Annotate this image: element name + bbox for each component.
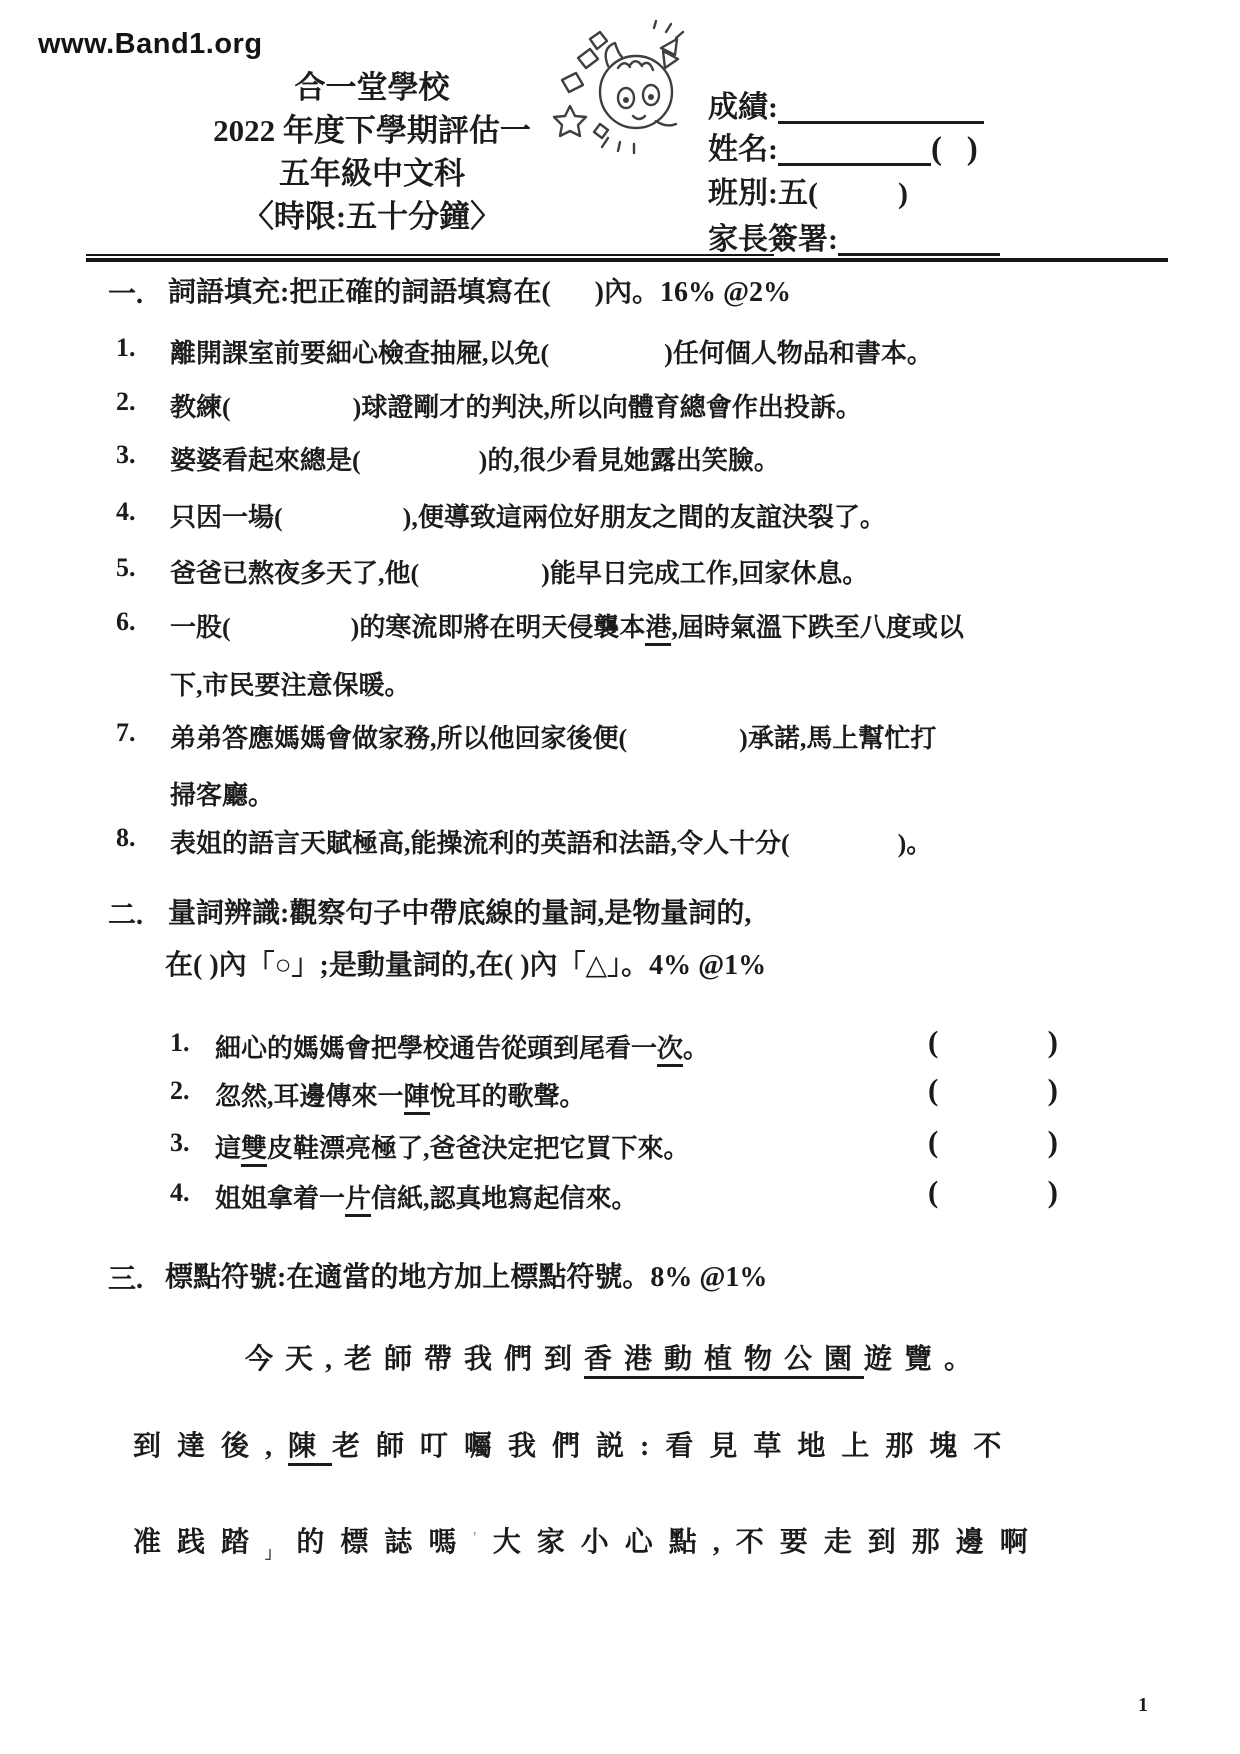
answer-paren-close: ) xyxy=(1048,1124,1058,1160)
parent-signature-blank-line xyxy=(838,223,1000,256)
section1-title: 詞語填充:把正確的詞語填寫在()內。16% @2% xyxy=(168,270,791,310)
punctuation-exercise-line: 准践踏」的標誌嗎'大家小心點,不要走到那邊啊 xyxy=(133,1520,1044,1563)
class-value: 五() xyxy=(778,177,908,210)
q4-number: 4. xyxy=(116,497,136,527)
time-limit: 〈時限:五十分鐘〉 xyxy=(162,195,582,238)
parent-signature-label: 家長簽署: xyxy=(708,223,838,256)
s2-q3-number: 3. xyxy=(170,1128,190,1158)
punctuation-exercise-line: 到達後,陳老師叮囑我們説:看見草地上那塊不 xyxy=(133,1424,1017,1464)
answer-parens: () xyxy=(928,1024,1058,1060)
answer-parens: () xyxy=(928,1072,1058,1108)
score-field: 成績: xyxy=(708,82,984,126)
q5-number: 5. xyxy=(116,553,136,583)
name-blank-line xyxy=(778,133,931,166)
exam-subject: 五年級中文科 xyxy=(162,152,582,195)
question-row: 教練()球證剛才的判決,所以向體育總會作出投訴。 xyxy=(170,387,862,424)
question-row: 一股()的寒流即將在明天侵襲本港,屆時氣溫下跌至八度或以 xyxy=(170,607,964,644)
question-row: 表姐的語言天賦極高,能操流利的英語和法語,令人十分()。 xyxy=(170,823,932,860)
section2-title-line1: 量詞辨識:觀察句子中帶底線的量詞,是物量詞的, xyxy=(168,891,751,931)
q2-number: 2. xyxy=(116,387,136,417)
score-blank-line xyxy=(778,91,984,124)
answer-parens: () xyxy=(928,1124,1058,1160)
question-row: 弟弟答應媽媽會做家務,所以他回家後便()承諾,馬上幫忙打 xyxy=(170,718,936,755)
parent-signature-field: 家長簽署: xyxy=(708,214,1000,258)
q6-number: 6. xyxy=(116,607,136,637)
answer-paren-open: ( xyxy=(928,1124,938,1160)
score-label: 成績: xyxy=(708,91,778,124)
header-divider xyxy=(86,258,1168,262)
answer-paren-open: ( xyxy=(928,1174,938,1210)
class-label: 班別: xyxy=(708,177,778,210)
section2-title-line2: 在( )內「○」;是動量詞的,在( )內「△」。4% @1% xyxy=(165,943,766,983)
question-row: 婆婆看起來總是()的,很少看見她露出笑臉。 xyxy=(170,440,780,477)
name-field: 姓名:( ) xyxy=(708,124,978,168)
name-label: 姓名: xyxy=(708,133,778,166)
header-divider-thin xyxy=(86,254,774,256)
answer-paren-open: ( xyxy=(928,1072,938,1108)
answer-paren-close: ) xyxy=(1048,1024,1058,1060)
section1-number: 一. xyxy=(108,272,143,312)
q7-number: 7. xyxy=(116,718,136,748)
exam-title: 2022 年度下學期評估一 xyxy=(162,109,582,152)
question-row-continuation: 掃客廳。 xyxy=(170,775,274,812)
s2-q2-number: 2. xyxy=(170,1076,190,1106)
section3-title: 標點符號:在適當的地方加上標點符號。8% @1% xyxy=(165,1255,767,1295)
s2-q1-number: 1. xyxy=(170,1028,190,1058)
punctuation-exercise-line: 今天,老師帶我們到香港動植物公園遊覽。 xyxy=(245,1337,984,1377)
section2-number: 二. xyxy=(108,893,143,933)
question-row: 姐姐拿着一片信紙,認真地寫起信來。 xyxy=(215,1178,638,1215)
tiger-cartoon-stamp-icon xyxy=(548,18,690,160)
q3-number: 3. xyxy=(116,440,136,470)
answer-parens: () xyxy=(928,1174,1058,1210)
question-row-continuation: 下,市民要注意保暖。 xyxy=(170,665,411,702)
name-parens: ( ) xyxy=(931,131,978,167)
question-row: 爸爸已熬夜多天了,他()能早日完成工作,回家休息。 xyxy=(170,553,868,590)
q1-number: 1. xyxy=(116,333,136,363)
question-row: 只因一場(),便導致這兩位好朋友之間的友誼決裂了。 xyxy=(170,497,886,534)
answer-paren-open: ( xyxy=(928,1024,938,1060)
question-row: 細心的媽媽會把學校通告從頭到尾看一次。 xyxy=(215,1028,709,1065)
q8-number: 8. xyxy=(116,823,136,853)
section3-number: 三. xyxy=(108,1257,143,1297)
school-name: 合一堂學校 xyxy=(162,66,582,109)
answer-paren-close: ) xyxy=(1048,1072,1058,1108)
exam-paper-page: www.Band1.org 合一堂學校 2022 年度下學期評估一 五年級中文科… xyxy=(0,0,1240,1754)
question-row: 忽然,耳邊傳來一陣悅耳的歌聲。 xyxy=(215,1076,586,1113)
page-number: 1 xyxy=(1138,1694,1148,1717)
question-row: 這雙皮鞋漂亮極了,爸爸決定把它買下來。 xyxy=(215,1128,690,1165)
exam-header: 合一堂學校 2022 年度下學期評估一 五年級中文科 〈時限:五十分鐘〉 xyxy=(162,66,582,238)
s2-q4-number: 4. xyxy=(170,1178,190,1208)
answer-paren-close: ) xyxy=(1048,1174,1058,1210)
class-field: 班別:五() xyxy=(708,168,908,212)
question-row: 離開課室前要細心檢查抽屜,以免()任何個人物品和書本。 xyxy=(170,333,933,370)
watermark-text: www.Band1.org xyxy=(38,28,263,61)
